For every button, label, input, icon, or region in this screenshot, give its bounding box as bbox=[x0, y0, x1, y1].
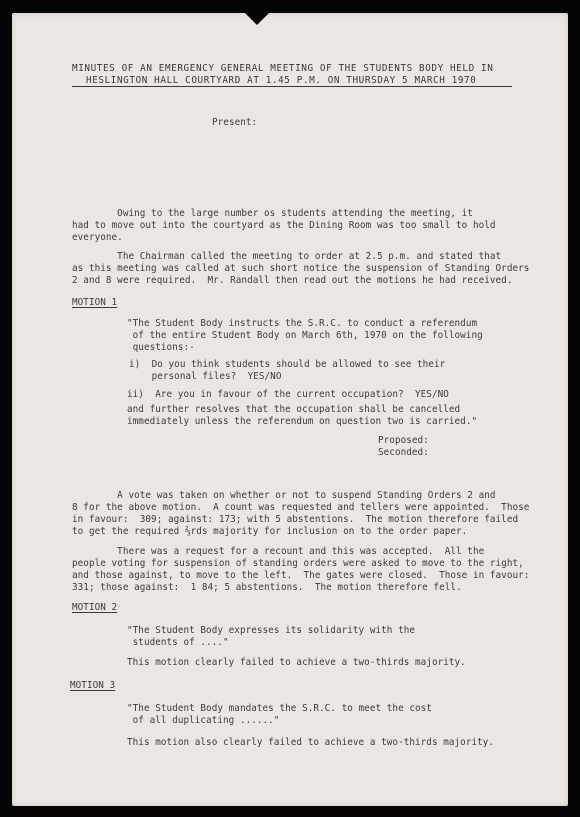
motion-1-question-1-line-2: personal files? YES/NO bbox=[129, 371, 281, 383]
motion-3-text-line-2: of all duplicating ......" bbox=[127, 715, 279, 727]
present-label: Present: bbox=[212, 117, 257, 129]
intro-paragraph-2-line-2: as this meeting was called at such short… bbox=[72, 263, 529, 275]
motion-1-resolution-line-1: and further resolves that the occupation… bbox=[127, 404, 460, 416]
proposed-label: Proposed: bbox=[378, 435, 429, 447]
title-underline bbox=[72, 86, 512, 87]
intro-paragraph-2-line-1: The Chairman called the meeting to order… bbox=[72, 251, 501, 263]
motion-3-text-line-1: "The Student Body mandates the S.R.C. to… bbox=[127, 703, 432, 715]
vote-paragraph-2-line-2: people voting for suspension of standing… bbox=[72, 558, 524, 570]
vote-paragraph-2-line-3: and those against, to move to the left. … bbox=[72, 570, 529, 582]
title-line-1: MINUTES OF AN EMERGENCY GENERAL MEETING … bbox=[72, 63, 493, 75]
vote-paragraph-1-line-1: A vote was taken on whether or not to su… bbox=[72, 490, 496, 502]
motion-1-heading: MOTION 1 bbox=[72, 297, 117, 309]
motion-1-text-line-1: "The Student Body instructs the S.R.C. t… bbox=[127, 318, 477, 330]
seconded-label: Seconded: bbox=[378, 447, 429, 459]
motion-1-question-2: ii) Are you in favour of the current occ… bbox=[127, 389, 449, 401]
motion-1-resolution-line-2: immediately unless the referendum on que… bbox=[127, 416, 477, 428]
motion-2-text-line-1: "The Student Body expresses its solidari… bbox=[127, 625, 415, 637]
intro-paragraph-1-line-1: Owing to the large number os students at… bbox=[72, 208, 473, 220]
motion-1-question-1-line-1: i) Do you think students should be allow… bbox=[129, 359, 445, 371]
motion-3-heading: MOTION 3 bbox=[70, 680, 115, 692]
motion-1-text-line-3: questions:- bbox=[127, 342, 195, 354]
vote-paragraph-2-line-1: There was a request for a recount and th… bbox=[72, 546, 484, 558]
intro-paragraph-2-line-3: 2 and 8 were required. Mr. Randall then … bbox=[72, 275, 512, 287]
motion-2-outcome: This motion clearly failed to achieve a … bbox=[127, 657, 466, 669]
intro-paragraph-1-line-3: everyone. bbox=[72, 232, 123, 244]
motion-2-text-line-2: students of ...." bbox=[127, 637, 229, 649]
motion-2-heading: MOTION 2 bbox=[72, 602, 117, 614]
motion-3-outcome: This motion also clearly failed to achie… bbox=[127, 737, 494, 749]
vote-paragraph-1-line-4: to get the required ⅔rds majority for in… bbox=[72, 526, 467, 538]
intro-paragraph-1-line-2: had to move out into the courtyard as th… bbox=[72, 220, 496, 232]
vote-paragraph-1-line-3: in favour: 309; against: 173; with 5 abs… bbox=[72, 514, 518, 526]
motion-1-text-line-2: of the entire Student Body on March 6th,… bbox=[127, 330, 483, 342]
vote-paragraph-2-line-4: 331; those against: 1 84; 5 abstentions.… bbox=[72, 582, 462, 594]
vote-paragraph-1-line-2: 8 for the above motion. A count was requ… bbox=[72, 502, 529, 514]
paper-tear bbox=[245, 13, 269, 25]
